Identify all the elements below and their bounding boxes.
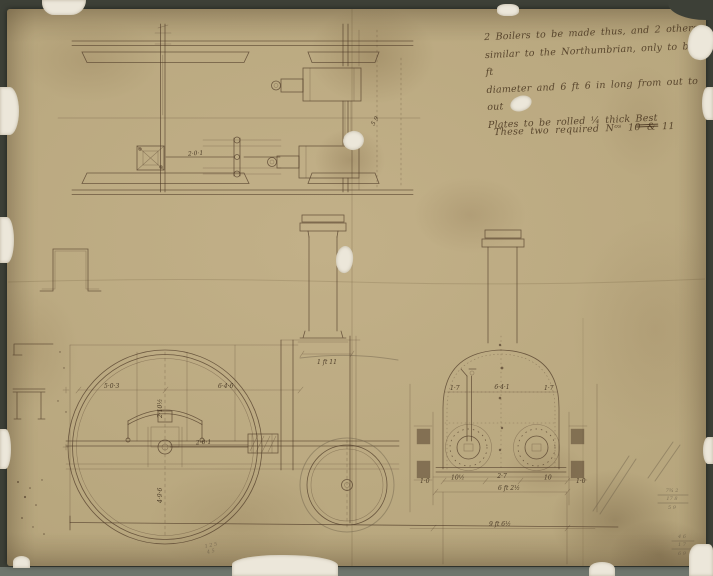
- torn-patch: [689, 544, 713, 576]
- hat-profile-sketch: [40, 249, 101, 291]
- dim-label-side-vertical-lower: 4·9·6: [157, 488, 164, 504]
- dim-label-front-rail-left: 1·0: [420, 478, 430, 485]
- dim-label-plan-rod: 2·0·1: [187, 150, 204, 158]
- dim-label-side-chimney: 1 ft 11: [317, 359, 337, 366]
- dim-label-side-vertical-upper: 2·10½: [157, 399, 164, 419]
- trestle-sketch: [13, 389, 45, 419]
- pencil-calc-line: 4 6: [677, 534, 687, 540]
- dim-label-front-inner-center: 6·4·1: [494, 384, 509, 391]
- dim-label-ground-width: 9 ft 6½: [489, 521, 511, 528]
- torn-patch: [703, 437, 713, 464]
- pencil-calculations: 7¾ 2 17 8 5 9 4 6 1 7 6 9 1 2 5 4 5: [204, 442, 694, 557]
- bracket-sketch: [13, 344, 53, 355]
- pencil-calc-line: 17 8: [666, 496, 677, 502]
- scanned-engineering-drawing: 2·0·1 5 9: [0, 0, 713, 576]
- dim-label-side-center: 6·4·6: [218, 383, 233, 390]
- handwritten-note: 2 Boilers to be made thus, and 2 others …: [484, 19, 713, 134]
- torn-patch: [0, 87, 19, 135]
- torn-patch: [702, 87, 713, 120]
- pencil-calc-line: 7¾ 2: [666, 487, 679, 494]
- torn-patch: [0, 217, 14, 263]
- torn-patch: [589, 562, 615, 576]
- tube-opening-right: [514, 425, 560, 471]
- torn-patch: [232, 555, 338, 576]
- dim-label-front-rail-right: 1·0: [576, 478, 586, 485]
- torn-patch: [497, 4, 519, 16]
- margin-sketches: [13, 249, 101, 535]
- pencil-note-small: 4 5: [205, 548, 215, 556]
- dim-label-plan-diagonal: 5 9: [370, 115, 381, 127]
- dim-label-front-lower-center: 2·7: [496, 473, 507, 480]
- front-elevation: 1·7 6·4·1 1·7 10½ 2·7 10 1·0 1·0 6 ft 2½: [410, 230, 597, 564]
- dim-label-front-lower-right: 10: [544, 475, 552, 482]
- torn-patch: [0, 429, 11, 469]
- dim-label-side-left: 5·0·3: [104, 383, 119, 390]
- tube-opening-left: [446, 425, 492, 471]
- pencil-calc-line: 6 9: [678, 551, 687, 557]
- plan-view: 2·0·1 5 9: [58, 24, 420, 195]
- pencil-calc-line: 5 9: [668, 505, 677, 511]
- pencil-calc-line: 1 7: [678, 542, 687, 548]
- dim-label-front-inner-right: 1·7: [544, 385, 554, 392]
- torn-patch: [13, 556, 30, 568]
- ink-spatter: [17, 479, 45, 535]
- dim-label-front-overall: 6 ft 2½: [498, 485, 520, 492]
- dim-label-front-inner-left: 1·7: [450, 385, 460, 392]
- dim-label-side-rod: 2·0·1: [195, 439, 212, 447]
- dim-label-front-lower-left: 10½: [451, 475, 465, 482]
